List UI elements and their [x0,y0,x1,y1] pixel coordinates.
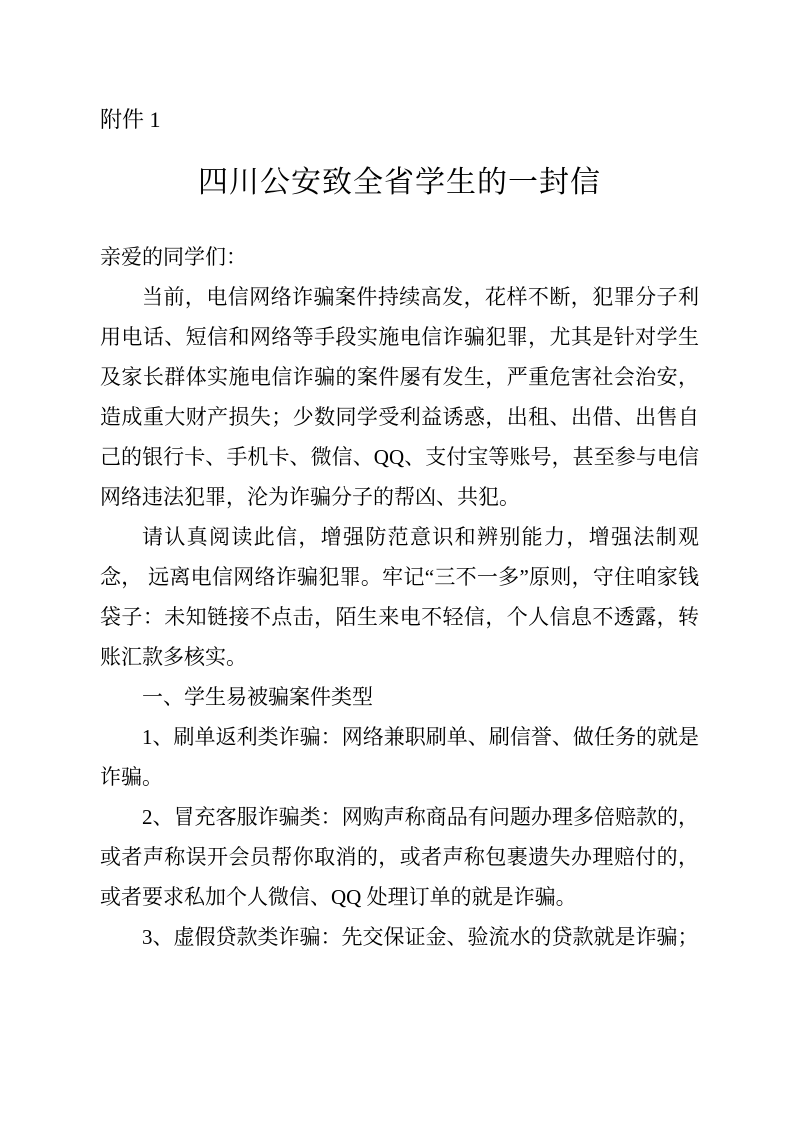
salutation: 亲爱的同学们： [100,237,699,277]
attachment-label: 附件 1 [100,106,699,133]
paragraph-intro: 当前，电信网络诈骗案件持续高发，花样不断，犯罪分子利用电话、短信和网络等手段实施… [100,277,699,517]
list-item-fake-loan-fraud: 3、虚假贷款类诈骗：先交保证金、验流水的贷款就是诈骗； [100,917,699,957]
paragraph-advice: 请认真阅读此信，增强防范意识和辨别能力，增强法制观念， 远离电信网络诈骗犯罪。牢… [100,517,699,677]
list-item-fake-customer-service-fraud: 2、冒充客服诈骗类：网购声称商品有问题办理多倍赔款的，或者声称误开会员帮你取消的… [100,797,699,917]
document-content: 附件 1 四川公安致全省学生的一封信 亲爱的同学们： 当前，电信网络诈骗案件持续… [0,0,793,957]
document-page: 附件 1 四川公安致全省学生的一封信 亲爱的同学们： 当前，电信网络诈骗案件持续… [0,0,793,1122]
section-heading-fraud-types: 一、学生易被骗案件类型 [100,677,699,717]
list-item-brushing-rebate-fraud: 1、刷单返利类诈骗：网络兼职刷单、刷信誉、做任务的就是诈骗。 [100,717,699,797]
document-title: 四川公安致全省学生的一封信 [100,163,699,203]
